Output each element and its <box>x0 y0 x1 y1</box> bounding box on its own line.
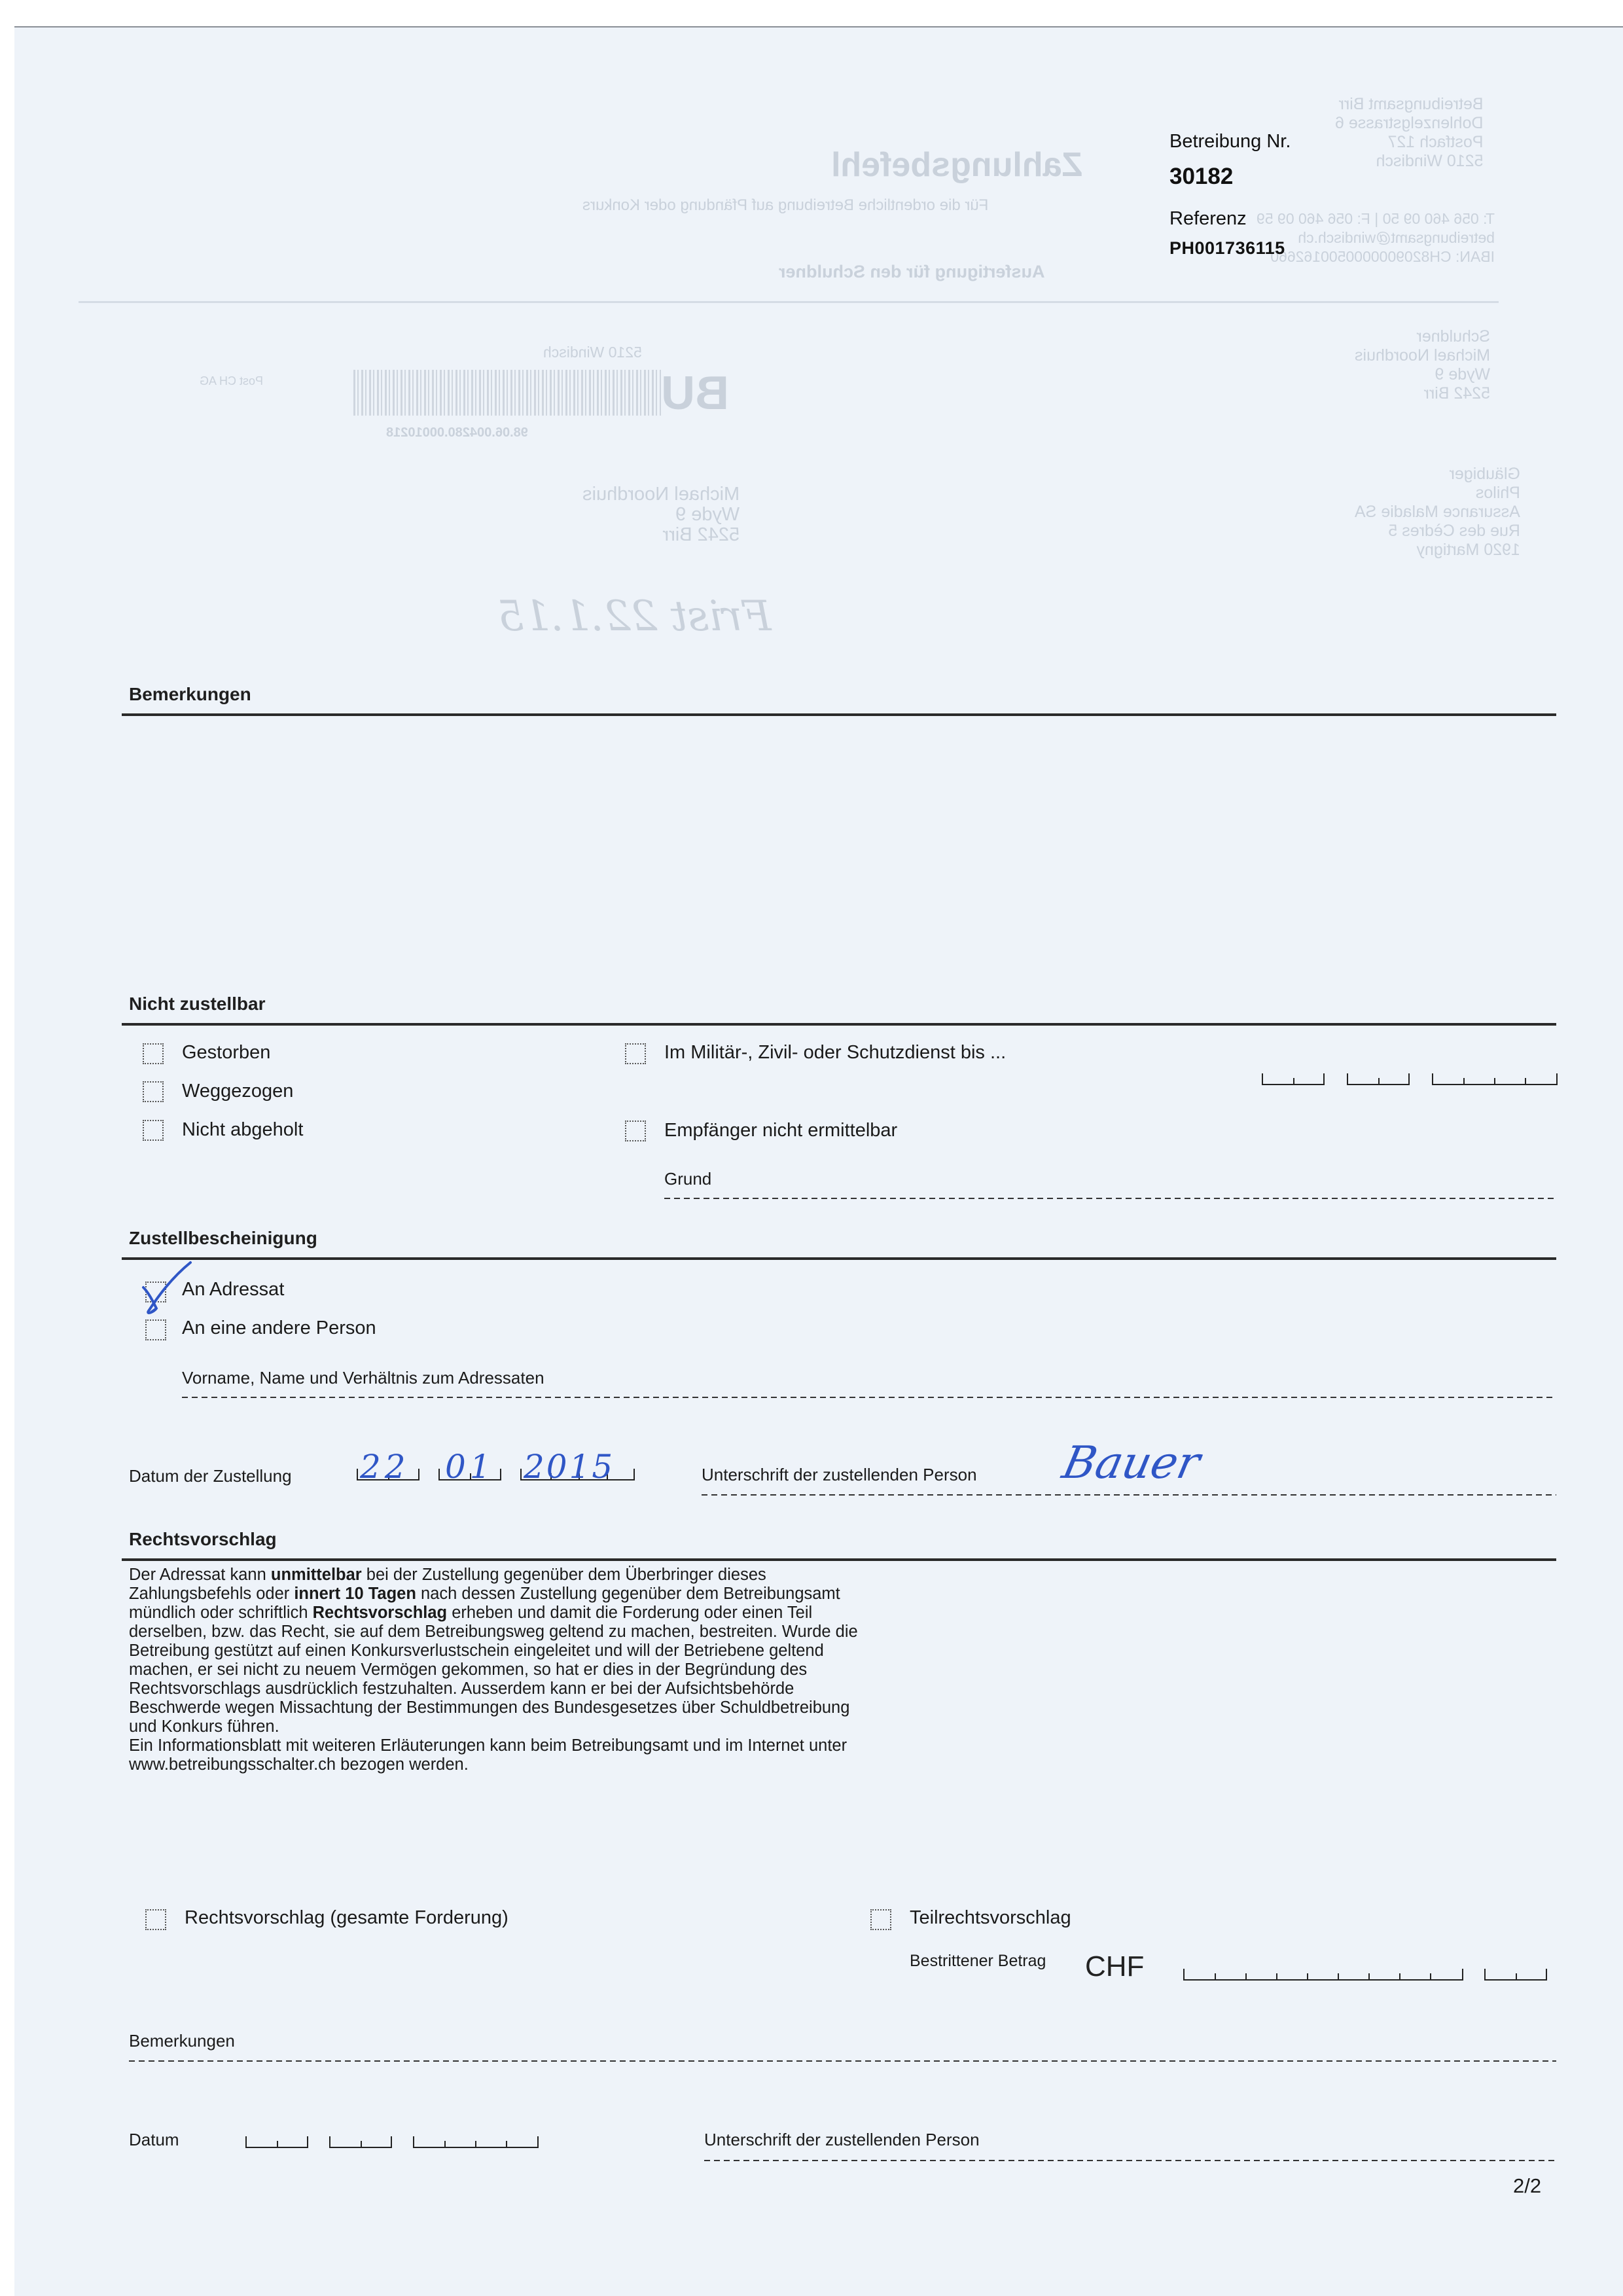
militaer-date-year-field[interactable] <box>1432 1073 1558 1085</box>
zustellbescheinigung-title: Zustellbescheinigung <box>129 1228 317 1249</box>
signature-bottom-label: Unterschrift der zustellenden Person <box>704 2130 980 2150</box>
name-relation-label: Vorname, Name und Verhältnis zum Adressa… <box>182 1368 544 1388</box>
label-an-andere-person: An eine andere Person <box>182 1318 376 1339</box>
bleed-debtor-label: Schuldner <box>1355 327 1490 346</box>
bleed-title: Zahlungsbefehl <box>831 145 1082 185</box>
bleed-contact-line: betreibungsamt@windisch.ch <box>1257 228 1495 247</box>
bleed-contact-line: IBAN: CH8209000000500162660 <box>1257 247 1495 266</box>
rechtsvorschlag-title: Rechtsvorschlag <box>129 1529 277 1550</box>
label-weggezogen: Weggezogen <box>182 1081 293 1102</box>
bemerkungen-bottom-label: Bemerkungen <box>129 2031 235 2051</box>
handwritten-month: 01 <box>445 1448 495 1486</box>
bleed-address-line: Wyde 9 <box>582 505 740 525</box>
checkbox-nicht-abgeholt[interactable] <box>143 1120 164 1141</box>
bestrittener-betrag-francs-field[interactable] <box>1183 1969 1463 1981</box>
bleed-address-line: 5242 Birr <box>582 525 740 545</box>
bleed-barcode-city: 5210 Windisch <box>543 344 642 361</box>
bleed-rule <box>79 301 1499 303</box>
bleed-debtor-line: Wyde 9 <box>1355 365 1490 384</box>
label-an-adressat: An Adressat <box>182 1279 284 1300</box>
bleed-address-line: Michael Noordhuis <box>582 484 740 505</box>
nicht-zustellbar-title: Nicht zustellbar <box>129 994 265 1014</box>
checkbox-an-andere-person[interactable] <box>145 1319 166 1340</box>
bleed-creditor-line: Assurance Maladie SA <box>1355 503 1520 522</box>
handwritten-signature: Bauer <box>1058 1437 1205 1489</box>
bleed-office: Betreibungsamt Birr Dohlenzelgstrasse 6 … <box>1335 95 1484 171</box>
handwritten-day: 22 <box>360 1448 410 1486</box>
nicht-zustellbar-rule <box>122 1023 1556 1026</box>
bleed-copy-for: Ausfertigung für den Schuldner <box>779 262 1045 282</box>
bleed-creditor-label: Gläubiger <box>1355 465 1520 484</box>
checkbox-empfaenger-nicht-ermittelbar[interactable] <box>625 1121 646 1141</box>
betreibung-label: Betreibung Nr. <box>1169 131 1291 152</box>
bleed-handwritten-note: Frist 22.1.15 <box>497 592 772 641</box>
bemerkungen-rule <box>122 713 1556 716</box>
name-relation-field[interactable] <box>182 1397 1556 1398</box>
signature-field[interactable] <box>702 1494 1556 1496</box>
bleed-debtor: Schuldner Michael Noordhuis Wyde 9 5242 … <box>1355 327 1490 403</box>
currency-chf: CHF <box>1085 1950 1144 1983</box>
rechtsvorschlag-text: Der Adressat kann unmittelbar bei der Zu… <box>129 1566 862 1774</box>
page-number: 2/2 <box>1513 2174 1541 2198</box>
datum-bottom-day-field[interactable] <box>245 2136 308 2148</box>
label-gestorben: Gestorben <box>182 1042 270 1064</box>
grund-field[interactable] <box>664 1198 1556 1199</box>
checkbox-rechtsvorschlag-gesamt[interactable] <box>145 1909 166 1930</box>
bleed-contact-line: T: 056 460 09 50 | F: 056 460 09 59 <box>1257 209 1495 228</box>
bleed-contact: T: 056 460 09 50 | F: 056 460 09 59 betr… <box>1257 209 1495 266</box>
bemerkungen-title: Bemerkungen <box>129 684 251 705</box>
label-teilrechtsvorschlag: Teilrechtsvorschlag <box>910 1907 1071 1929</box>
referenz-label: Referenz <box>1169 208 1247 230</box>
bleed-office-line: 5210 Windisch <box>1335 152 1484 171</box>
bleed-creditor-line: Rue des Cèdres 5 <box>1355 522 1520 541</box>
bemerkungen-bottom-field[interactable] <box>129 2060 1556 2062</box>
bleed-address-window: Michael Noordhuis Wyde 9 5242 Birr <box>582 484 740 545</box>
bleed-post-note: Post CH AG <box>200 374 263 388</box>
label-empfaenger-nicht-ermittelbar: Empfänger nicht ermittelbar <box>664 1120 897 1141</box>
bleed-barcode-letters: BU <box>661 367 729 420</box>
bestrittener-betrag-rappen-field[interactable] <box>1484 1969 1547 1981</box>
bleed-office-line: Dohlenzelgstrasse 6 <box>1335 114 1484 133</box>
datum-bottom-month-field[interactable] <box>329 2136 392 2148</box>
bleed-creditor: Gläubiger Philos Assurance Maladie SA Ru… <box>1355 465 1520 560</box>
bleed-creditor-line: 1920 Martigny <box>1355 541 1520 560</box>
checkbox-militaerdienst[interactable] <box>625 1043 646 1064</box>
rechtsvorschlag-rule <box>122 1558 1556 1561</box>
checkbox-gestorben[interactable] <box>143 1043 164 1064</box>
checkbox-weggezogen[interactable] <box>143 1081 164 1102</box>
checkbox-teilrechtsvorschlag[interactable] <box>870 1909 891 1930</box>
handwritten-year: 2015 <box>524 1448 615 1486</box>
signature-label: Unterschrift der zustellenden Person <box>702 1465 977 1485</box>
datum-bottom-label: Datum <box>129 2130 179 2150</box>
label-nicht-abgeholt: Nicht abgeholt <box>182 1119 303 1141</box>
bleed-office-line: Postfach 127 <box>1335 133 1484 152</box>
militaer-date-month-field[interactable] <box>1347 1073 1410 1085</box>
zustellbescheinigung-rule <box>122 1257 1556 1260</box>
betreibung-number: 30182 <box>1169 164 1233 190</box>
bleed-debtor-line: Michael Noordhuis <box>1355 346 1490 365</box>
bleed-creditor-line: Philos <box>1355 484 1520 503</box>
bleed-debtor-line: 5242 Birr <box>1355 384 1490 403</box>
datum-bottom-year-field[interactable] <box>413 2136 539 2148</box>
label-militaerdienst: Im Militär-, Zivil- oder Schutzdienst bi… <box>664 1042 1006 1064</box>
grund-label: Grund <box>664 1169 711 1189</box>
bleed-office-line: Betreibungsamt Birr <box>1335 95 1484 114</box>
militaer-date-day-field[interactable] <box>1262 1073 1325 1085</box>
bleed-barcode-number: 98.06.004280.00010218 <box>386 425 528 440</box>
bleed-barcode <box>353 370 661 416</box>
referenz-value: PH001736115 <box>1169 238 1285 259</box>
datum-zustellung-label: Datum der Zustellung <box>129 1466 292 1486</box>
bestrittener-betrag-label: Bestrittener Betrag <box>910 1952 1046 1971</box>
label-rechtsvorschlag-gesamt: Rechtsvorschlag (gesamte Forderung) <box>185 1907 508 1929</box>
bleed-subtitle: Für die ordentliche Betreibung auf Pfänd… <box>582 196 988 215</box>
signature-bottom-field[interactable] <box>704 2160 1556 2161</box>
